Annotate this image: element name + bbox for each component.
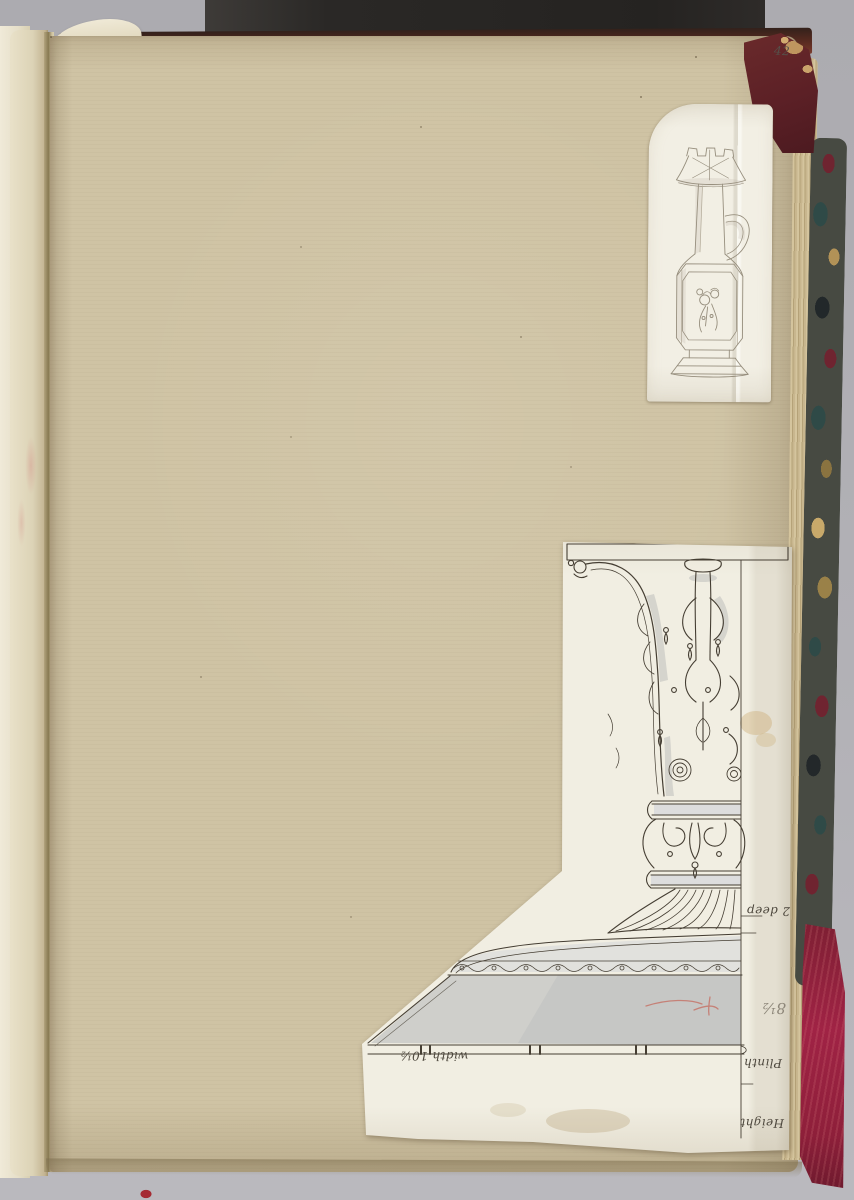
- vase-sketch-svg: [647, 104, 773, 403]
- stove-design-svg: [358, 538, 795, 1156]
- red-pigment-speck: [138, 1188, 154, 1200]
- pasted-sketch-vase: [647, 104, 773, 403]
- annotation-depth: 2 deep: [742, 904, 790, 918]
- foxing-specks: [50, 36, 52, 38]
- photographed-album-spread: 42: [0, 0, 854, 1200]
- annotation-dimension-pencil: 8½: [748, 999, 786, 1017]
- annotation-width: width 10½: [388, 1049, 480, 1064]
- stove-design-paper: width 10½ 2 deep 8½ Plinth Height: [358, 538, 795, 1156]
- page-bottom-shadow: [46, 1158, 802, 1177]
- crimson-cover-edge: [799, 924, 845, 1188]
- annotation-height: Height: [732, 1116, 784, 1130]
- page-number: 42: [774, 44, 791, 59]
- pasted-design-stove: width 10½ 2 deep 8½ Plinth Height: [358, 538, 795, 1156]
- annotation-plinth: Plinth: [736, 1056, 782, 1070]
- left-folded-page: [10, 30, 48, 1176]
